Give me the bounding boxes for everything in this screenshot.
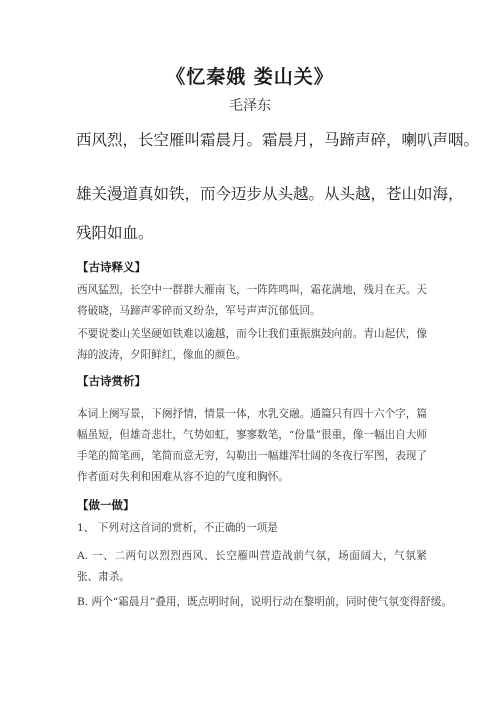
- exercise-question: 1、 下列对这首词的赏析，不正确的一项是: [77, 518, 447, 539]
- poem-line: 雄关漫道真如铁，而今迈步从头越。从头越，苍山如海，: [76, 182, 464, 204]
- interpretation-paragraph: 不要说娄山关坚硬如铁难以逾越，而今让我们重振旗鼓向前。青山起伏，像海的波涛，夕阳…: [77, 324, 427, 366]
- poem-title: 《忆秦娥 娄山关》: [0, 62, 500, 89]
- section-heading-interpretation: 【古诗释义】: [77, 259, 146, 275]
- interpretation-paragraph: 西风猛烈，长空中一群群大雁南飞，一阵阵鸣叫，霜花满地，残月在天。天将破晓，马蹄声…: [77, 280, 427, 322]
- poem-line: 残阳如血。: [76, 221, 154, 243]
- exercise-option-a: A. 一、二两句以烈烈西风、长空雁叫营造战前气氛，场面阔大，气氛紧张、肃杀。: [77, 546, 427, 588]
- section-heading-exercise: 【做一做】: [77, 497, 135, 513]
- document-page: 《忆秦娥 娄山关》 毛泽东 西风烈，长空雁叫霜晨月。霜晨月，马蹄声碎，喇叭声咽。…: [0, 0, 500, 708]
- poem-line: 西风烈，长空雁叫霜晨月。霜晨月，马蹄声碎，喇叭声咽。: [76, 128, 479, 150]
- poem-author: 毛泽东: [0, 95, 500, 115]
- appreciation-paragraph: 本词上阕写景，下阕抒情，情景一体，水乳交融。通篇只有四十六个字，篇幅虽短，但雄奇…: [77, 404, 427, 488]
- section-heading-appreciation: 【古诗赏析】: [77, 373, 146, 389]
- exercise-option-b: B. 两个“霜晨月”叠用，既点明时间，说明行动在黎明前，同时使气氛变得舒缓。: [77, 592, 447, 613]
